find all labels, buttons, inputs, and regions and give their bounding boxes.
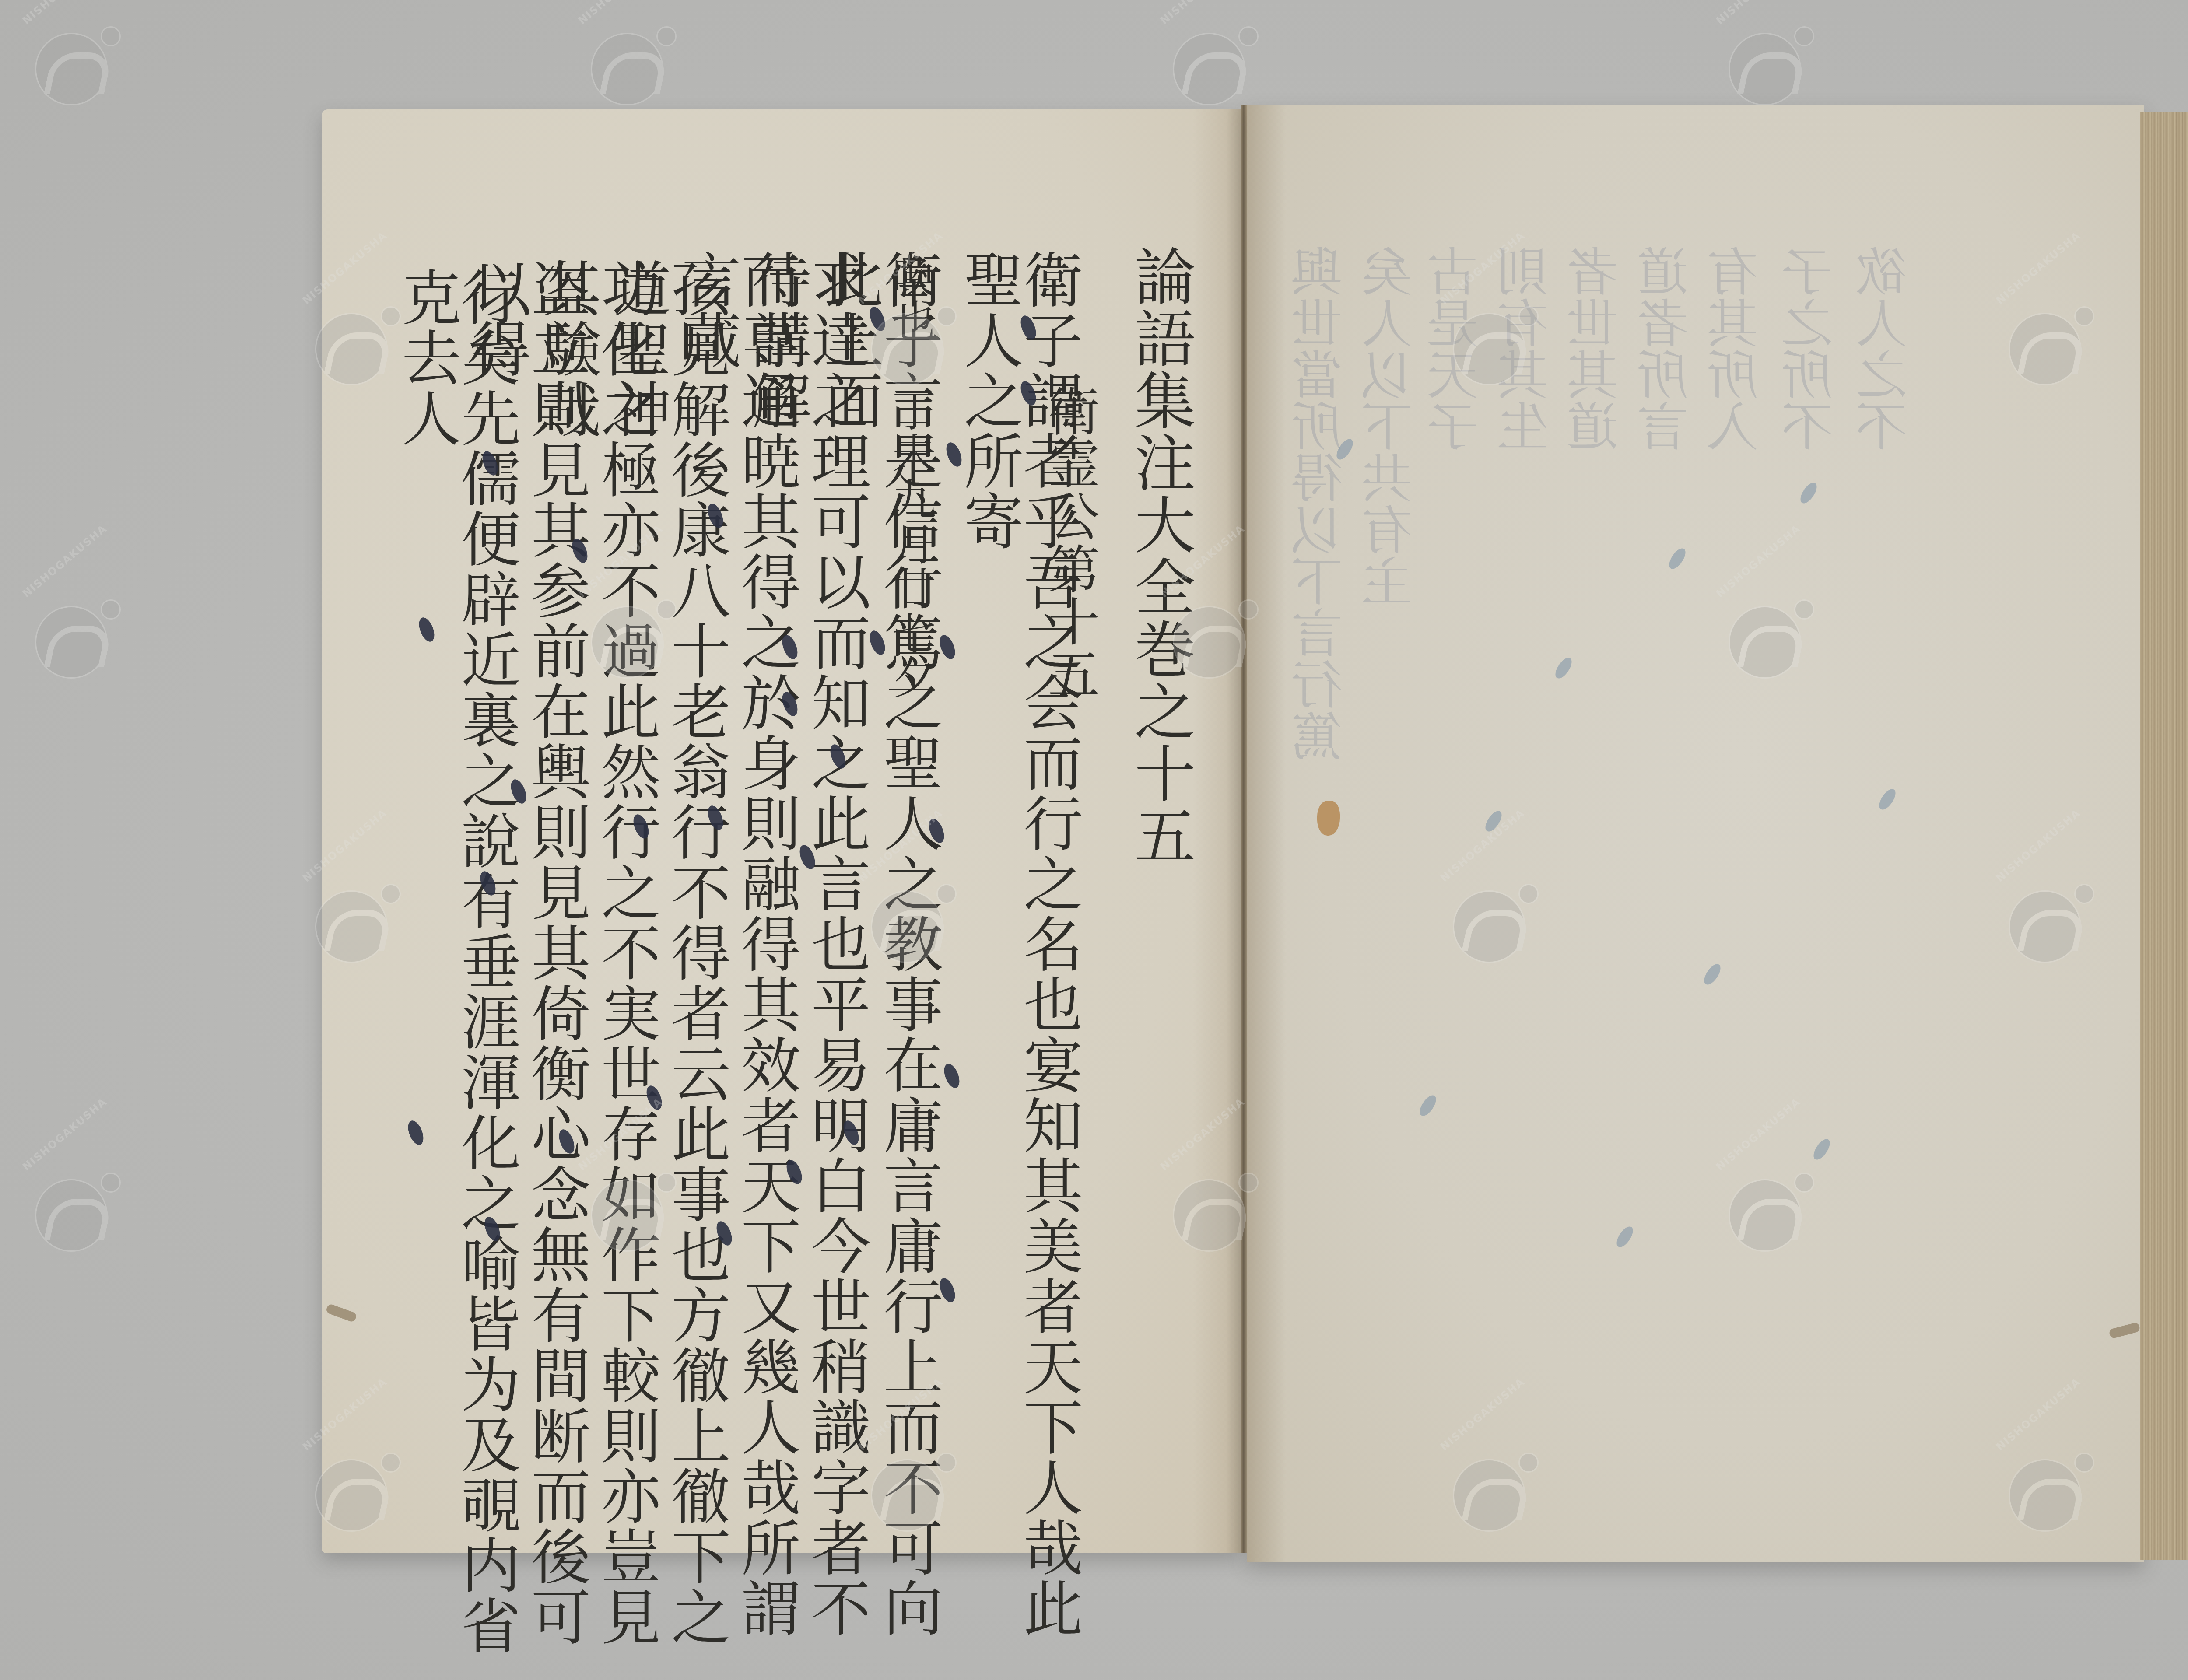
- nishogakusha-watermark: NISHOGAKUSHA: [1435, 1435, 1536, 1536]
- nishogakusha-watermark: NISHOGAKUSHA: [853, 1435, 954, 1536]
- nishogakusha-watermark: NISHOGAKUSHA: [298, 289, 398, 389]
- text-column: 行矣先儒便辟近裏之說有垂涯渾化之喻皆为及覗内省克去人: [396, 267, 515, 1680]
- book-gutter: [1241, 105, 1247, 1553]
- nishogakusha-watermark: NISHOGAKUSHA: [1435, 289, 1536, 389]
- bleed-through-column: 與世當所得以下言行篤: [1295, 245, 1347, 761]
- nishogakusha-watermark: NISHOGAKUSHA: [1991, 866, 2092, 967]
- nishogakusha-watermark: NISHOGAKUSHA: [18, 9, 118, 109]
- paper-stain: [1317, 801, 1340, 836]
- nishogakusha-watermark: NISHOGAKUSHA: [298, 866, 398, 967]
- text-column: 衛子謂者乎吾之会而行之名也宴知其美者天下人哉此聖人之所寄: [958, 249, 1077, 1680]
- nishogakusha-watermark: NISHOGAKUSHA: [298, 1435, 398, 1536]
- nishogakusha-watermark: NISHOGAKUSHA: [853, 289, 954, 389]
- nishogakusha-watermark: NISHOGAKUSHA: [573, 9, 674, 109]
- bleed-through-column: 欲人之不: [1860, 245, 1911, 451]
- nishogakusha-watermark: NISHOGAKUSHA: [18, 1155, 118, 1256]
- nishogakusha-watermark: NISHOGAKUSHA: [1711, 582, 1812, 682]
- nishogakusha-watermark: NISHOGAKUSHA: [1155, 1155, 1256, 1256]
- nishogakusha-watermark: NISHOGAKUSHA: [853, 866, 954, 967]
- nishogakusha-watermark: NISHOGAKUSHA: [573, 1155, 674, 1256]
- bleed-through-column: 有其所入: [1711, 245, 1763, 451]
- nishogakusha-watermark: NISHOGAKUSHA: [1435, 866, 1536, 967]
- nishogakusha-watermark: NISHOGAKUSHA: [1155, 582, 1256, 682]
- bleed-through-column: 者世其道: [1571, 245, 1623, 451]
- bleed-through-column: 矣人以下共有主: [1365, 245, 1417, 606]
- bleed-through-column: 子之所不: [1785, 245, 1837, 451]
- nishogakusha-watermark: NISHOGAKUSHA: [1711, 9, 1812, 109]
- nishogakusha-watermark: NISHOGAKUSHA: [18, 582, 118, 682]
- nishogakusha-watermark: NISHOGAKUSHA: [1155, 9, 1256, 109]
- bleed-through-column: 道者所言: [1641, 245, 1693, 451]
- nishogakusha-watermark: NISHOGAKUSHA: [1991, 1435, 2092, 1536]
- nishogakusha-watermark: NISHOGAKUSHA: [1711, 1155, 1812, 1256]
- nishogakusha-watermark: NISHOGAKUSHA: [573, 582, 674, 682]
- nishogakusha-watermark: NISHOGAKUSHA: [1991, 289, 2092, 389]
- book-title: 論語集注大全巻之十五: [1129, 245, 1190, 866]
- fore-edge: [2140, 112, 2188, 1560]
